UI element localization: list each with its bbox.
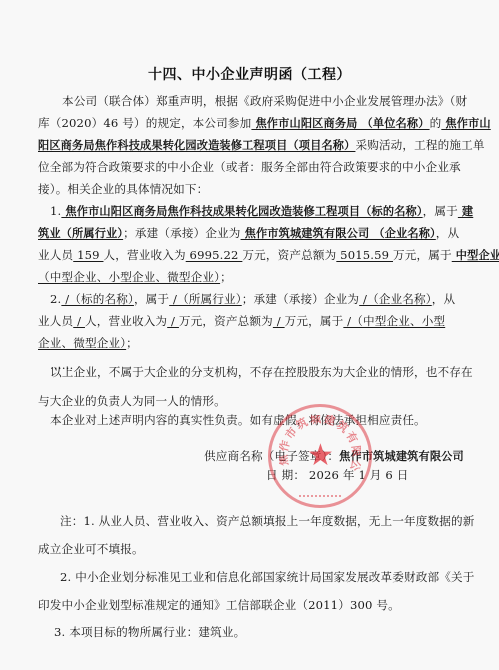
document-page: 十四、中小企业声明函（工程） 本公司（联合体）郑重声明，根据《政府采购促进中小企… [0,0,499,670]
intro-text: 本公司（联合体）郑重声明，根据《政府采购促进中小企业发展管理办法》（财 [62,94,467,108]
item2-line-1: 2. /（标的名称），属于 /（所属行业）；承建（承接）企业为 /（企业名称），… [38,291,462,307]
item2-contractor: /（企业名称） [359,292,432,306]
supplier-name: 焦作市筑城建筑有限公司 [339,450,464,463]
item1-line-4: （中型企业、小型企业、微型企业）； [38,269,462,285]
label: 万元，资产总额为 [242,248,336,262]
item2-line-2: 业人员 / 人，营业收入为 / 万元，资产总额为 / 万元，属于 /（中型企业、… [38,313,462,329]
date-label: 日 期： [266,468,305,482]
item2-subject: /（标的名称） [61,292,134,306]
label: ，从 [436,226,460,240]
item1-line-1: 1. 焦作市山阳区商务局焦作科技成果转化园改造装修工程项目（标的名称），属于 建 [38,203,462,220]
label: 万元，属于 [393,248,452,262]
item1-industry-part2: 筑业（所属行业） [38,227,123,240]
item1-size-part1: 中型企业 [452,249,499,262]
note1-line-2: 成立企业可不填报。 [38,541,462,557]
label: 人，营业收入为 [85,314,167,328]
label: 业人员 [38,248,73,262]
statement2: 本企业对上述声明内容的真实性负责。如有虚假，将依法承担相应责任。 [38,412,462,428]
note3: 3. 本项目标的物所属行业：建筑业。 [38,624,478,640]
page-title: 十四、中小企业声明函（工程） [0,64,499,84]
label: 万元，资产总额为 [179,314,273,328]
item2-assets: / [273,314,285,328]
item1-size-part2: （中型企业、小型企业、微型企业） [38,270,220,284]
label: ； [126,336,138,350]
label: 业人员 [38,314,73,328]
label: ；承建（承接）企业为 [242,292,359,306]
item2-size-part1: /（中型企业、小型 [343,314,445,328]
item1-line-3: 业人员 159 人，营业收入为 6995.22 万元，资产总额为 5015.59… [38,247,462,264]
intro-text: 采购活动，工程的施工单 [355,138,484,152]
intro-line-3: 阳区商务局焦作科技成果转化园改造装修工程项目（项目名称）采购活动，工程的施工单 [38,137,462,154]
item1-assets: 5015.59 [336,248,393,262]
intro-line-1: 本公司（联合体）郑重声明，根据《政府采购促进中小企业发展管理办法》（财 [38,93,462,109]
project-name-part2: 阳区商务局焦作科技成果转化园改造装修工程项目（项目名称） [38,139,355,152]
purchaser-name: 焦作市山阳区商务局 （单位名称） [251,117,429,130]
note2-line-1: 2. 中小企业划分标准见工业和信息化部国家统计局国家发展改革委财政部《关于 [38,569,462,585]
item1-line-2: 筑业（所属行业）；承建（承接）企业为 焦作市筑城建筑有限公司 （企业名称），从 [38,225,462,242]
label: 万元，属于 [285,314,344,328]
intro-text: 的 [430,116,442,130]
project-name-part1: 焦作市山 [441,117,490,130]
item1-industry-part1: 建 [458,205,473,218]
item-number: 1. [50,204,61,218]
signature-supplier-line: 供应商名称（电子签章）：焦作市筑城建筑有限公司 [204,448,464,465]
label: ，属于 [134,292,169,306]
item2-industry: /（所属行业） [169,292,242,306]
note1-line-1: 注：1. 从业人员、营业收入、资产总额填报上一年度数据，无上一年度数据的新 [38,513,462,529]
item-number: 2. [50,292,61,306]
label: ； [220,270,232,284]
label: ，属于 [423,204,458,218]
signature-date-line: 日 期： 2026 年 1 月 6 日 [266,467,466,483]
intro-line-2: 库（2020）46 号）的规定，本公司参加 焦作市山阳区商务局 （单位名称）的 … [38,115,462,132]
item1-contractor: 焦作市筑城建筑有限公司 （企业名称） [241,227,436,240]
item1-subject: 焦作市山阳区商务局焦作科技成果转化园改造装修工程项目（标的名称） [61,205,422,218]
item1-staff: 159 [73,248,103,262]
intro-text: 库（2020）46 号）的规定，本公司参加 [38,116,251,130]
supplier-label: 供应商名称（电子签章）： [204,449,339,463]
statement1-line-1: 以上企业，不属于大企业的分支机构，不存在控股股东为大企业的情形，也不存在 [38,364,462,380]
statement1-line-2: 与大企业的负责人为同一人的情形。 [38,393,462,409]
label: ；承建（承接）企业为 [123,226,240,240]
label: 人，营业收入为 [103,248,185,262]
item2-staff: / [73,314,85,328]
label: ，从 [432,292,456,306]
item1-revenue: 6995.22 [186,248,243,262]
note2-line-2: 印发中小企业划型标准规定的通知》工信部联企业（2011）300 号。 [38,597,462,613]
seal-bottom-dots [299,495,341,499]
date-value: 2026 年 1 月 6 日 [309,468,409,482]
intro-line-4: 位全部为符合政策要求的中小企业（或者：服务全部由符合政策要求的中小企业承 [38,159,462,175]
item2-size-part2: 企业、微型企业） [38,336,126,350]
item2-revenue: / [167,314,179,328]
intro-line-5: 接）。相关企业的具体情况如下： [38,181,462,197]
item2-line-3: 企业、微型企业）； [38,335,462,351]
